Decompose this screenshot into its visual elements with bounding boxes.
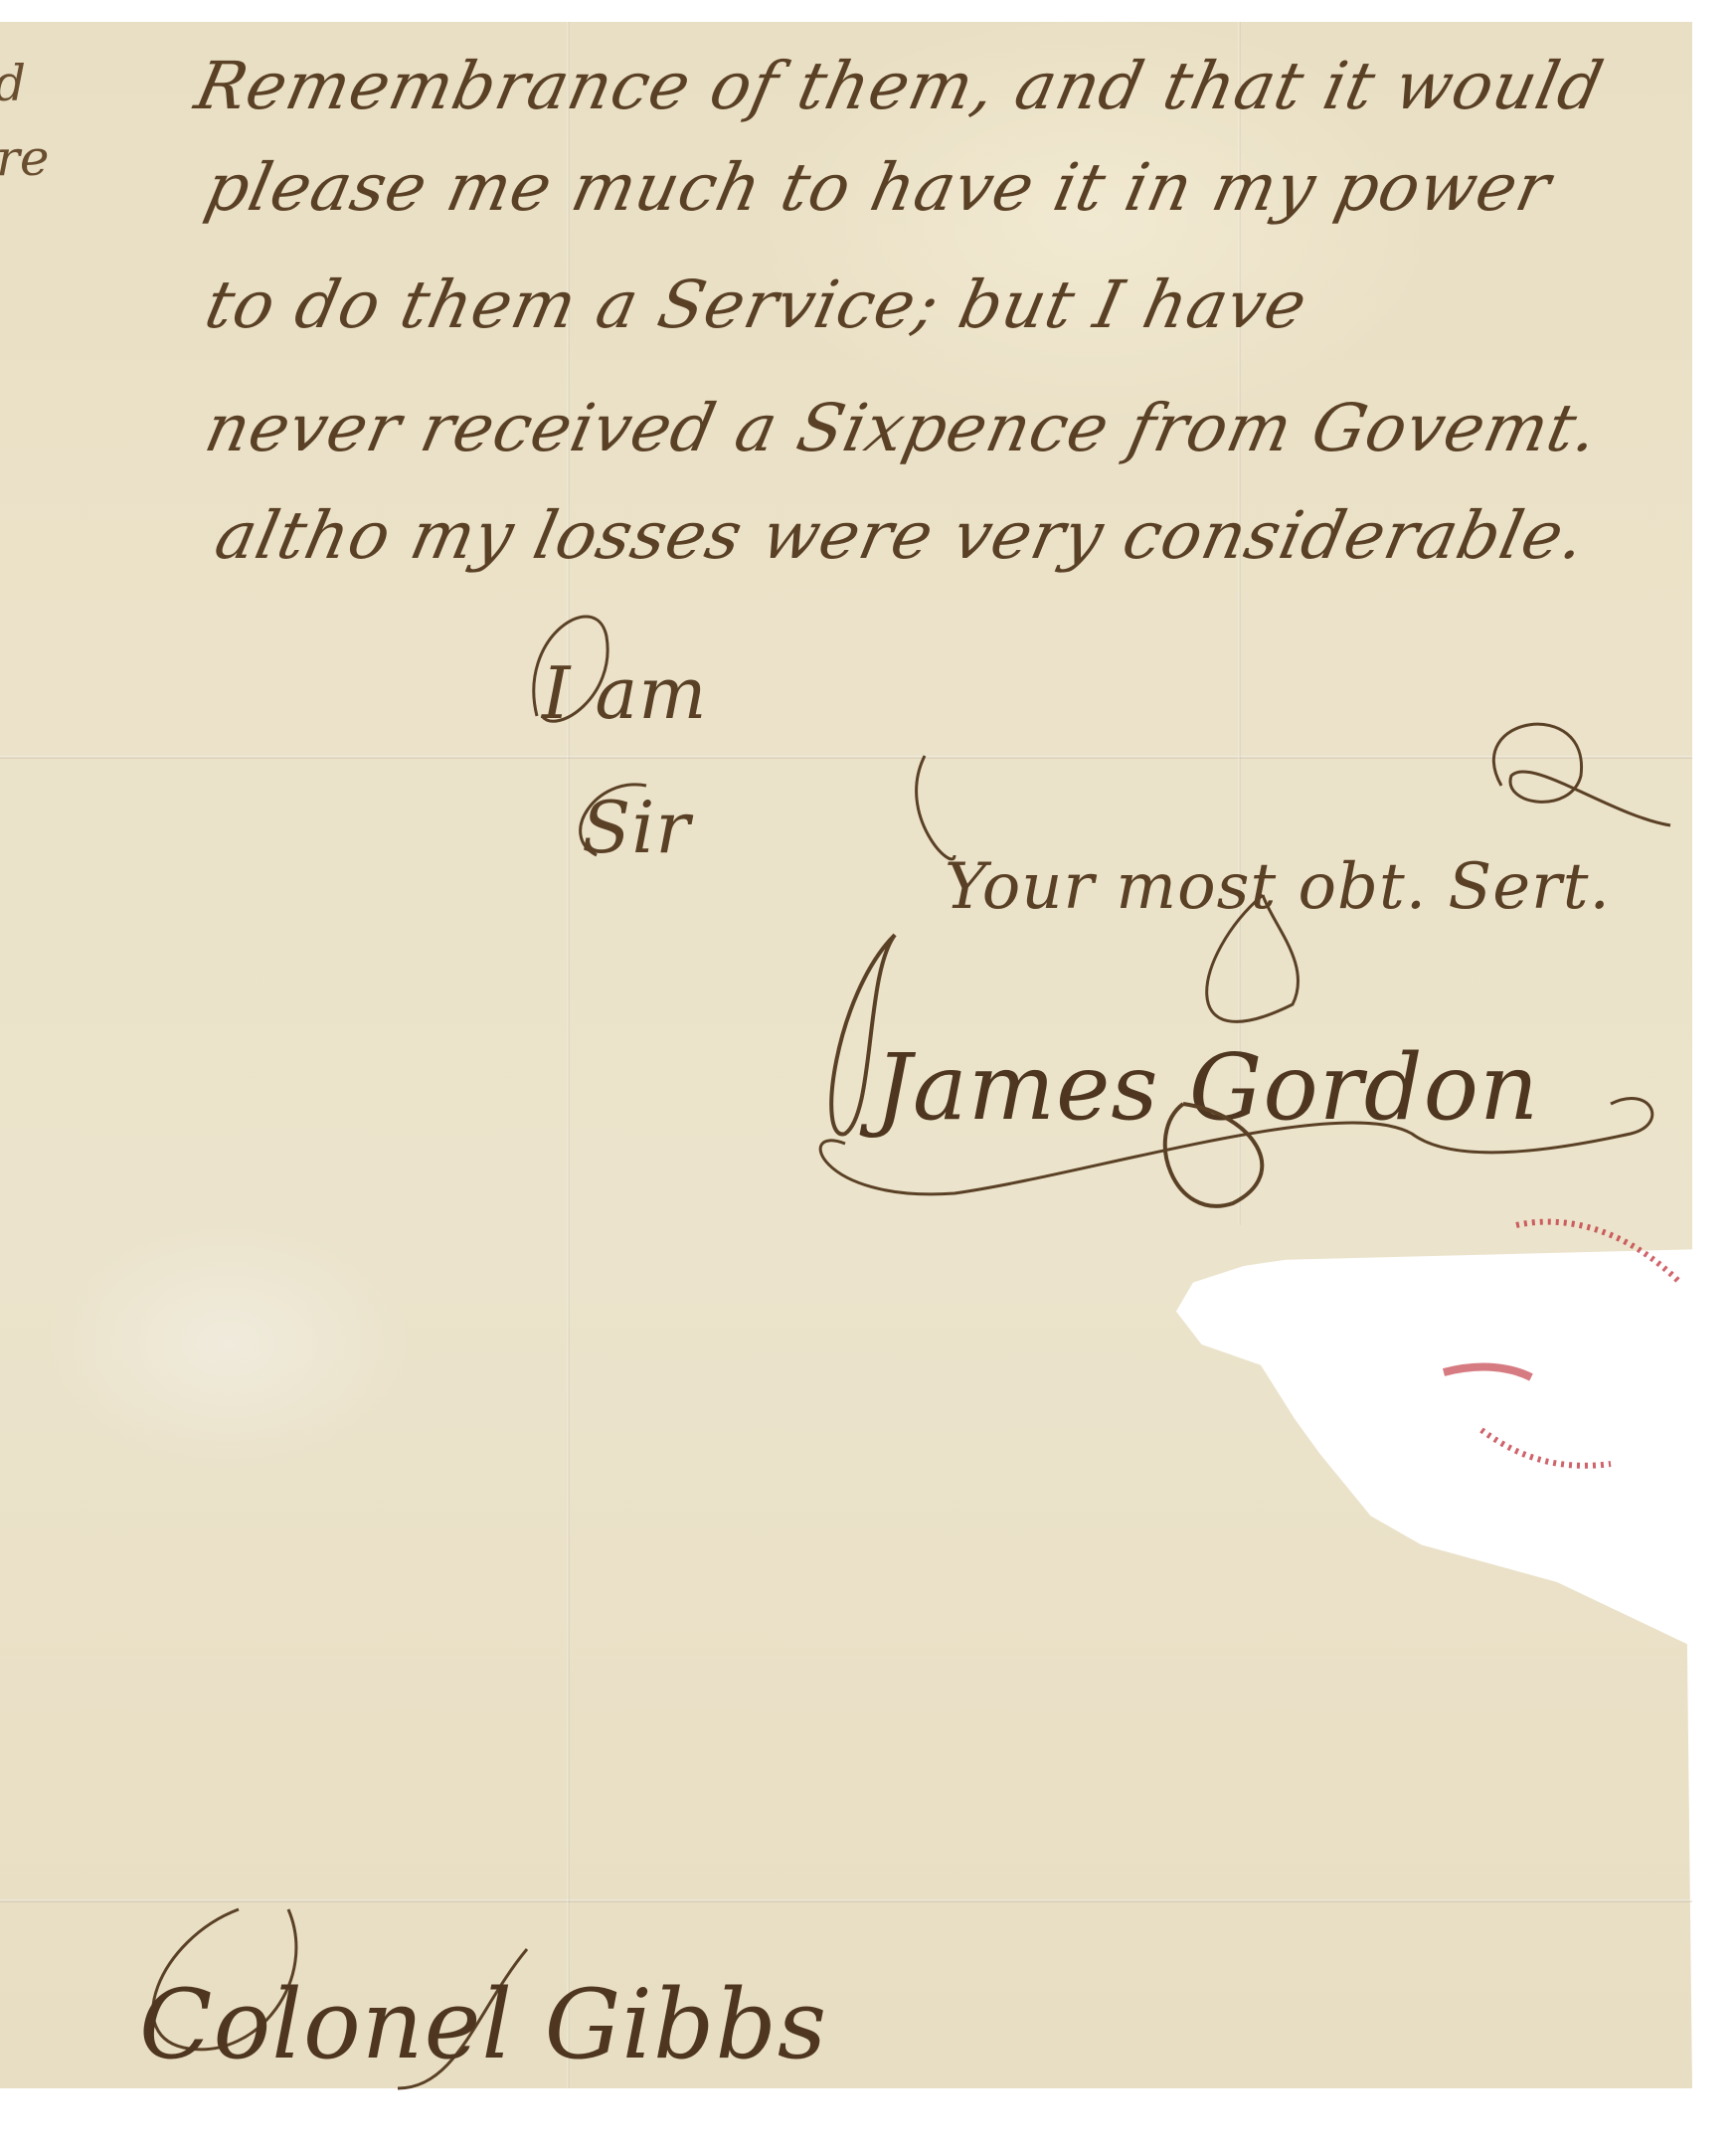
wax-seal-residue-icon: [0, 0, 1736, 2152]
addressee: Colonel Gibbs: [139, 1969, 827, 2080]
